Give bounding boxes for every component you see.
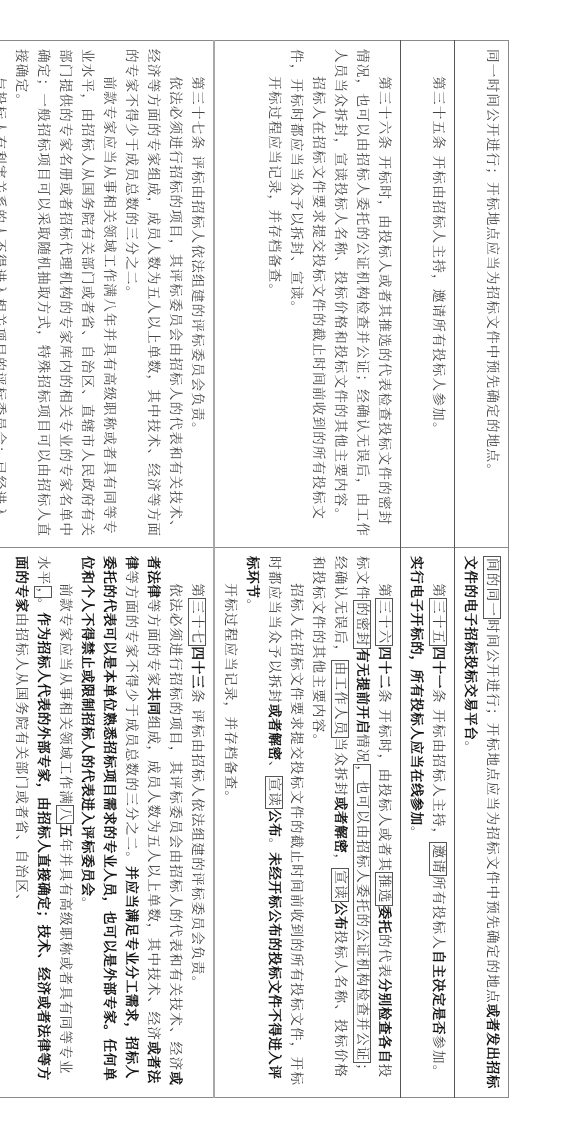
body-text: 等方面的专家不得少于成员总数的三分之二。 <box>123 570 139 866</box>
body-text: 第三十五条 <box>430 76 446 150</box>
added-text: 五 <box>57 824 73 838</box>
current-law-cell: 第三十五条 开标由招标人主持，邀请所有投标人参加。 <box>401 41 455 548</box>
body-text: 同一时间公开进行；开标地点应当为招标文件中预先确定的地点。 <box>484 49 500 478</box>
row-article-35: 第三十五条 开标由招标人主持，邀请所有投标人参加。第三十五四十一条 开标由招标人… <box>401 41 455 1098</box>
added-text: 公布 <box>332 902 348 930</box>
added-text: 委托 <box>376 906 392 934</box>
body-text: 开标由招标人主持，邀请所有投标人参加。 <box>430 150 446 437</box>
body-text: 第 <box>189 583 205 598</box>
deleted-text: ，也可以由招标人委托的公证机构检查并公证 <box>353 764 371 1064</box>
added-text: 分别检查各自 <box>376 978 392 1063</box>
added-text: 四十二 <box>376 646 392 689</box>
deleted-text: 由工作人员 <box>331 660 349 738</box>
added-text: 或者解密 <box>266 704 282 761</box>
paragraph: 第三十五四十一条 开标由招标人主持，邀请所有投标人自主决定是否参加。实行电子开标… <box>405 556 449 1089</box>
added-text: 四十一 <box>430 646 446 689</box>
row-article-36: 第三十六条 开标时，由投标人或者其推选的代表检查投标文件的密封情况，也可以由招标… <box>214 41 401 1098</box>
body-text: 参加。 <box>430 1035 446 1079</box>
paragraph: 第三十七四十三条 评标由招标人依法组建的评标委员会负责。 <box>186 556 208 1089</box>
body-text: ， <box>332 854 348 869</box>
paragraph: 依法必须进行招标的项目，其评标委员会由招标人的代表和有关技术、经济或者法律等方面… <box>76 556 186 1089</box>
body-text: 开标过程应当记录，并存档备查。 <box>266 76 282 298</box>
paragraph: 开标过程应当记录，并存档备查。 <box>219 556 241 1089</box>
body-text: 第三十六条 开标时，由投标人或者其推选的代表检查投标文件的密封情况，也可以由招标… <box>332 49 392 537</box>
body-text: 前款专家应当从事相关领域工作满 <box>57 583 73 805</box>
body-text: 组成，成员人数为五人以上单数，其中技术、经济 <box>145 716 161 1041</box>
deleted-text: 间的同一 <box>483 556 501 619</box>
paragraph: 招标人在招标文件要求提交投标文件的截止时间前收到的所有投标文件，开标时都应当当众… <box>285 49 329 539</box>
body-text: 依法必须进行招标的项目，其评标委员会由招标人的代表和有关技术、经济 <box>167 583 183 1071</box>
row-fragment: 同一时间公开进行；开标地点应当为招标文件中预先确定的地点。间的同一时间公开进行；… <box>455 41 509 1098</box>
paragraph: 与投标人有利害关系的人不得进入相关项目的评标委员会；已经进入 <box>0 49 10 539</box>
paragraph: 第三十六条 开标时，由投标人或者其推选的代表检查投标文件的密封情况，也可以由招标… <box>329 49 395 539</box>
body-text: 的代表 <box>376 934 392 978</box>
body-text: 条 开标由招标人主持， <box>430 689 446 842</box>
body-text: 时间公开进行；开标地点应当为招标文件中预先确定的地点 <box>484 619 500 1004</box>
body-text: 。 <box>408 826 424 841</box>
body-text: 当众拆封 <box>332 738 348 797</box>
body-text: 开标过程应当记录，并存档备查。 <box>222 583 238 805</box>
paragraph: 前款专家应当从事相关领域工作满八五年并具有高级职称或者具有同等专业水平，。作为招… <box>10 556 76 1089</box>
paragraph: 开标过程应当记录，并存档备查。 <box>263 49 285 539</box>
deleted-text: ， <box>34 586 52 598</box>
body-text: 由招标人从国务院有关部门或者省、自治区、 <box>13 613 29 909</box>
body-text: 。 <box>462 741 478 756</box>
body-text: 第 <box>376 583 392 598</box>
body-text: 依法必须进行招标的项目，其评标委员会由招标人的代表和有关技术、经济等方面的专家组… <box>123 49 183 537</box>
body-text: 与投标人有利害关系的人不得进入相关项目的评标委员会；已经进入 <box>0 76 7 520</box>
paragraph: 第三十七条 评标由招标人依法组建的评标委员会负责。 <box>186 49 208 539</box>
body-text: 等方面的专家 <box>145 599 161 688</box>
added-text: 实行电子开标的，所有投标人应当在线参加 <box>408 556 424 826</box>
body-text: 所有投标人 <box>430 876 446 950</box>
current-law-cell: 第三十六条 开标时，由投标人或者其推选的代表检查投标文件的密封情况，也可以由招标… <box>214 41 401 548</box>
paragraph: 第三十六四十二条 开标时，由投标人或者其推选委托的代表分别检查各自投标文件的密封… <box>307 556 395 1089</box>
body-text: 前款专家应当从事相关领域工作满八年并具有高级职称或者具有同等专业水平，由招标人从… <box>13 49 117 537</box>
deleted-text: 宣读 <box>331 868 349 902</box>
body-text: 。 <box>35 598 51 613</box>
added-text: 共同 <box>145 687 161 715</box>
comparison-table: 同一时间公开进行；开标地点应当为招标文件中预先确定的地点。间的同一时间公开进行；… <box>0 40 509 1098</box>
current-law-cell: 同一时间公开进行；开标地点应当为招标文件中预先确定的地点。 <box>455 41 509 548</box>
added-text: 四十三 <box>189 646 205 689</box>
paragraph: 招标人在招标文件要求提交投标文件的截止时间前收到的所有投标文件，开标时都应当当众… <box>241 556 307 1089</box>
deleted-text: 邀请 <box>429 842 447 876</box>
revised-draft-cell: 间的同一时间公开进行；开标地点应当为招标文件中预先确定的地点或者发出招标文件的电… <box>455 548 509 1098</box>
deleted-text: 的密封 <box>353 600 371 648</box>
deleted-text: 三十五 <box>429 598 447 646</box>
rotated-document-page: 同一时间公开进行；开标地点应当为招标文件中预先确定的地点。间的同一时间公开进行；… <box>0 0 564 1122</box>
row-article-37: 第三十七条 评标由招标人依法组建的评标委员会负责。依法必须进行招标的项目，其评标… <box>0 41 214 1098</box>
paragraph: 间的同一时间公开进行；开标地点应当为招标文件中预先确定的地点或者发出招标文件的电… <box>459 556 503 1089</box>
revised-draft-cell: 第三十七四十三条 评标由招标人依法组建的评标委员会负责。依法必须进行招标的项目，… <box>0 548 214 1098</box>
body-text: 情况 <box>354 734 370 764</box>
deleted-text: 宣读 <box>265 776 283 810</box>
paragraph: 同一时间公开进行；开标地点应当为招标文件中预先确定的地点。 <box>481 49 503 539</box>
deleted-text: 推选 <box>375 872 393 906</box>
deleted-text: 三十七 <box>188 598 206 646</box>
body-text: 条 评标由招标人依法组建的评标委员会负责。 <box>189 689 205 990</box>
paragraph: 第三十五条 开标由招标人主持，邀请所有投标人参加。 <box>427 49 449 539</box>
body-text: 条 开标时，由投标人或者其 <box>376 689 392 872</box>
deleted-text: 八 <box>56 805 74 824</box>
revised-draft-cell: 第三十六四十二条 开标时，由投标人或者其推选委托的代表分别检查各自投标文件的密封… <box>214 548 401 1098</box>
paragraph: 前款专家应当从事相关领域工作满八年并具有高级职称或者具有同等专业水平，由招标人从… <box>10 49 120 539</box>
added-text: 公布 <box>266 809 282 837</box>
body-text: 第三十七条 评标由招标人依法组建的评标委员会负责。 <box>189 76 205 437</box>
revised-draft-cell: 第三十五四十一条 开标由招标人主持，邀请所有投标人自主决定是否参加。实行电子开标… <box>401 548 455 1098</box>
deleted-text: 三十六 <box>375 598 393 646</box>
added-text: 自主决定是否 <box>430 950 446 1035</box>
body-text: 、 <box>266 761 282 776</box>
current-law-cell: 第三十七条 评标由招标人依法组建的评标委员会负责。依法必须进行招标的项目，其评标… <box>0 41 214 548</box>
body-text: 第 <box>430 583 446 598</box>
added-text: 有无提前开启 <box>354 649 370 734</box>
body-text: 。 <box>266 838 282 853</box>
body-text: 。 <box>79 897 95 912</box>
added-text: 或者解密 <box>332 797 348 854</box>
body-text: 。 <box>244 599 260 614</box>
paragraph: 依法必须进行招标的项目，其评标委员会由招标人的代表和有关技术、经济等方面的专家组… <box>120 49 186 539</box>
body-text: 招标人在招标文件要求提交投标文件的截止时间前收到的所有投标文件，开标时都应当当众… <box>288 49 326 520</box>
